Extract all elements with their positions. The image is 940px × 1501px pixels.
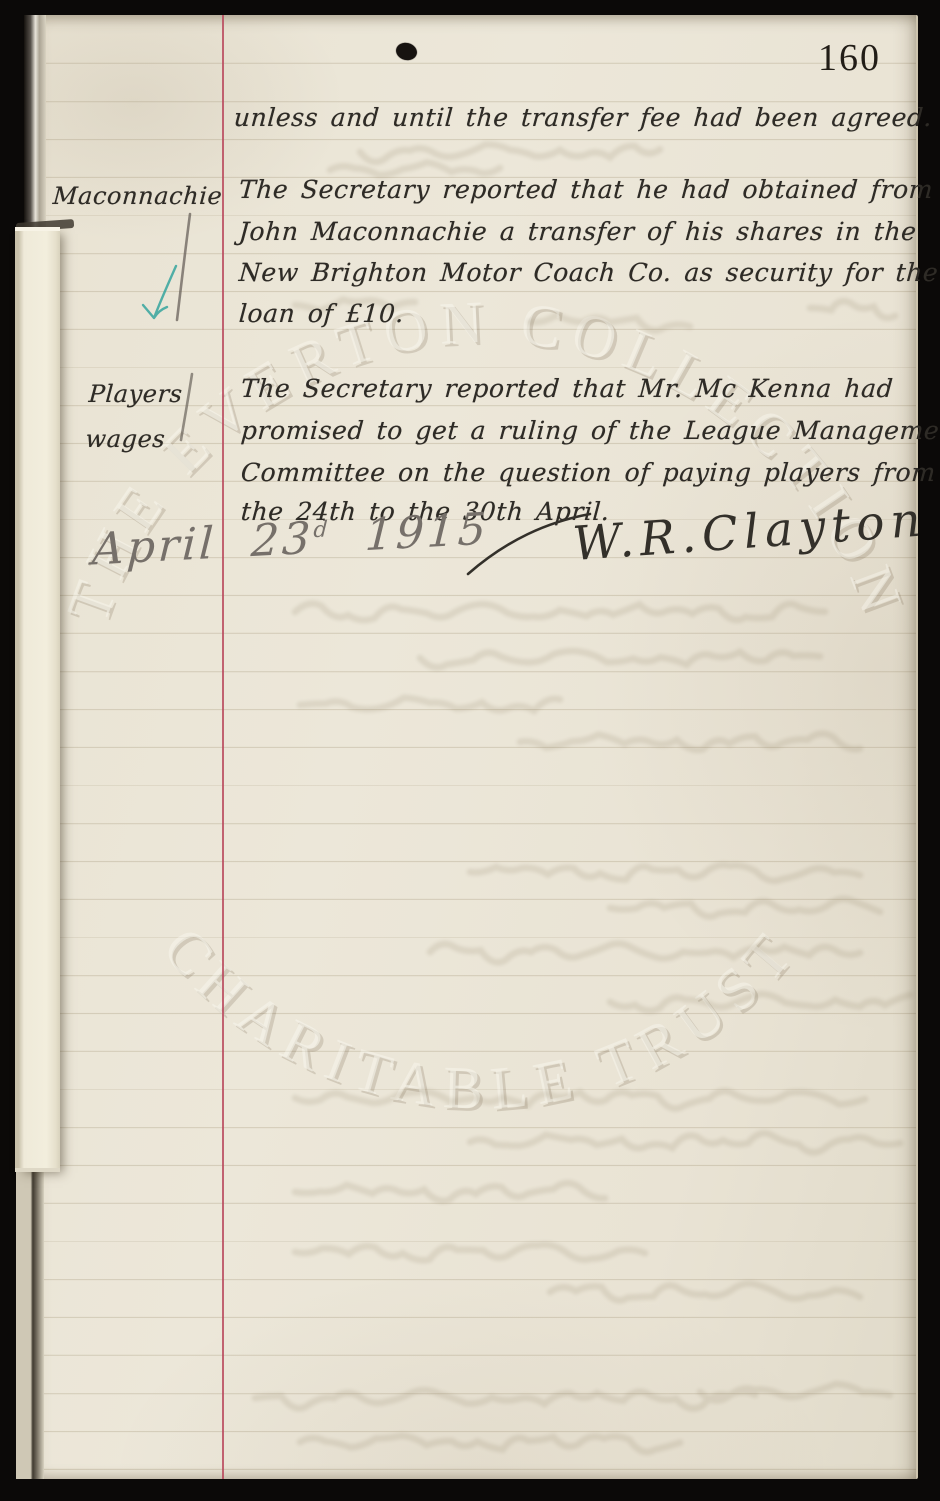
date-ordinal-suffix: d xyxy=(313,517,331,543)
entry-line: The Secretary reported that he had obtai… xyxy=(238,175,934,204)
red-margin-line xyxy=(222,15,224,1479)
page-number: 160 xyxy=(818,36,881,80)
signature: W.R.Clayton xyxy=(462,488,932,603)
entry-line: New Brighton Motor Coach Co. as security… xyxy=(238,258,939,287)
entry-line: John Maconnachie a transfer of his share… xyxy=(238,217,918,246)
scanned-minute-book-page: THE EVERTON COLLECTION THE EVERTON COLLE… xyxy=(0,0,940,1501)
underlying-pages-edge xyxy=(15,227,60,1172)
entry-line: Committee on the question of paying play… xyxy=(240,458,937,487)
pencil-tick-icon xyxy=(178,372,196,446)
entry-line: The Secretary reported that Mr. Mc Kenna… xyxy=(240,374,894,403)
page-edge-top-left xyxy=(24,15,46,229)
page-edge-bottom-left xyxy=(16,1166,44,1479)
entry-line: loan of £10. xyxy=(238,299,405,328)
entry-line: promised to get a ruling of the League M… xyxy=(240,416,940,445)
entry-line: unless and until the transfer fee had be… xyxy=(233,103,933,132)
signature-text: W.R.Clayton xyxy=(571,492,928,572)
teal-check-icon xyxy=(132,262,180,334)
margin-note-maconnachie: Maconnachie xyxy=(52,182,223,210)
